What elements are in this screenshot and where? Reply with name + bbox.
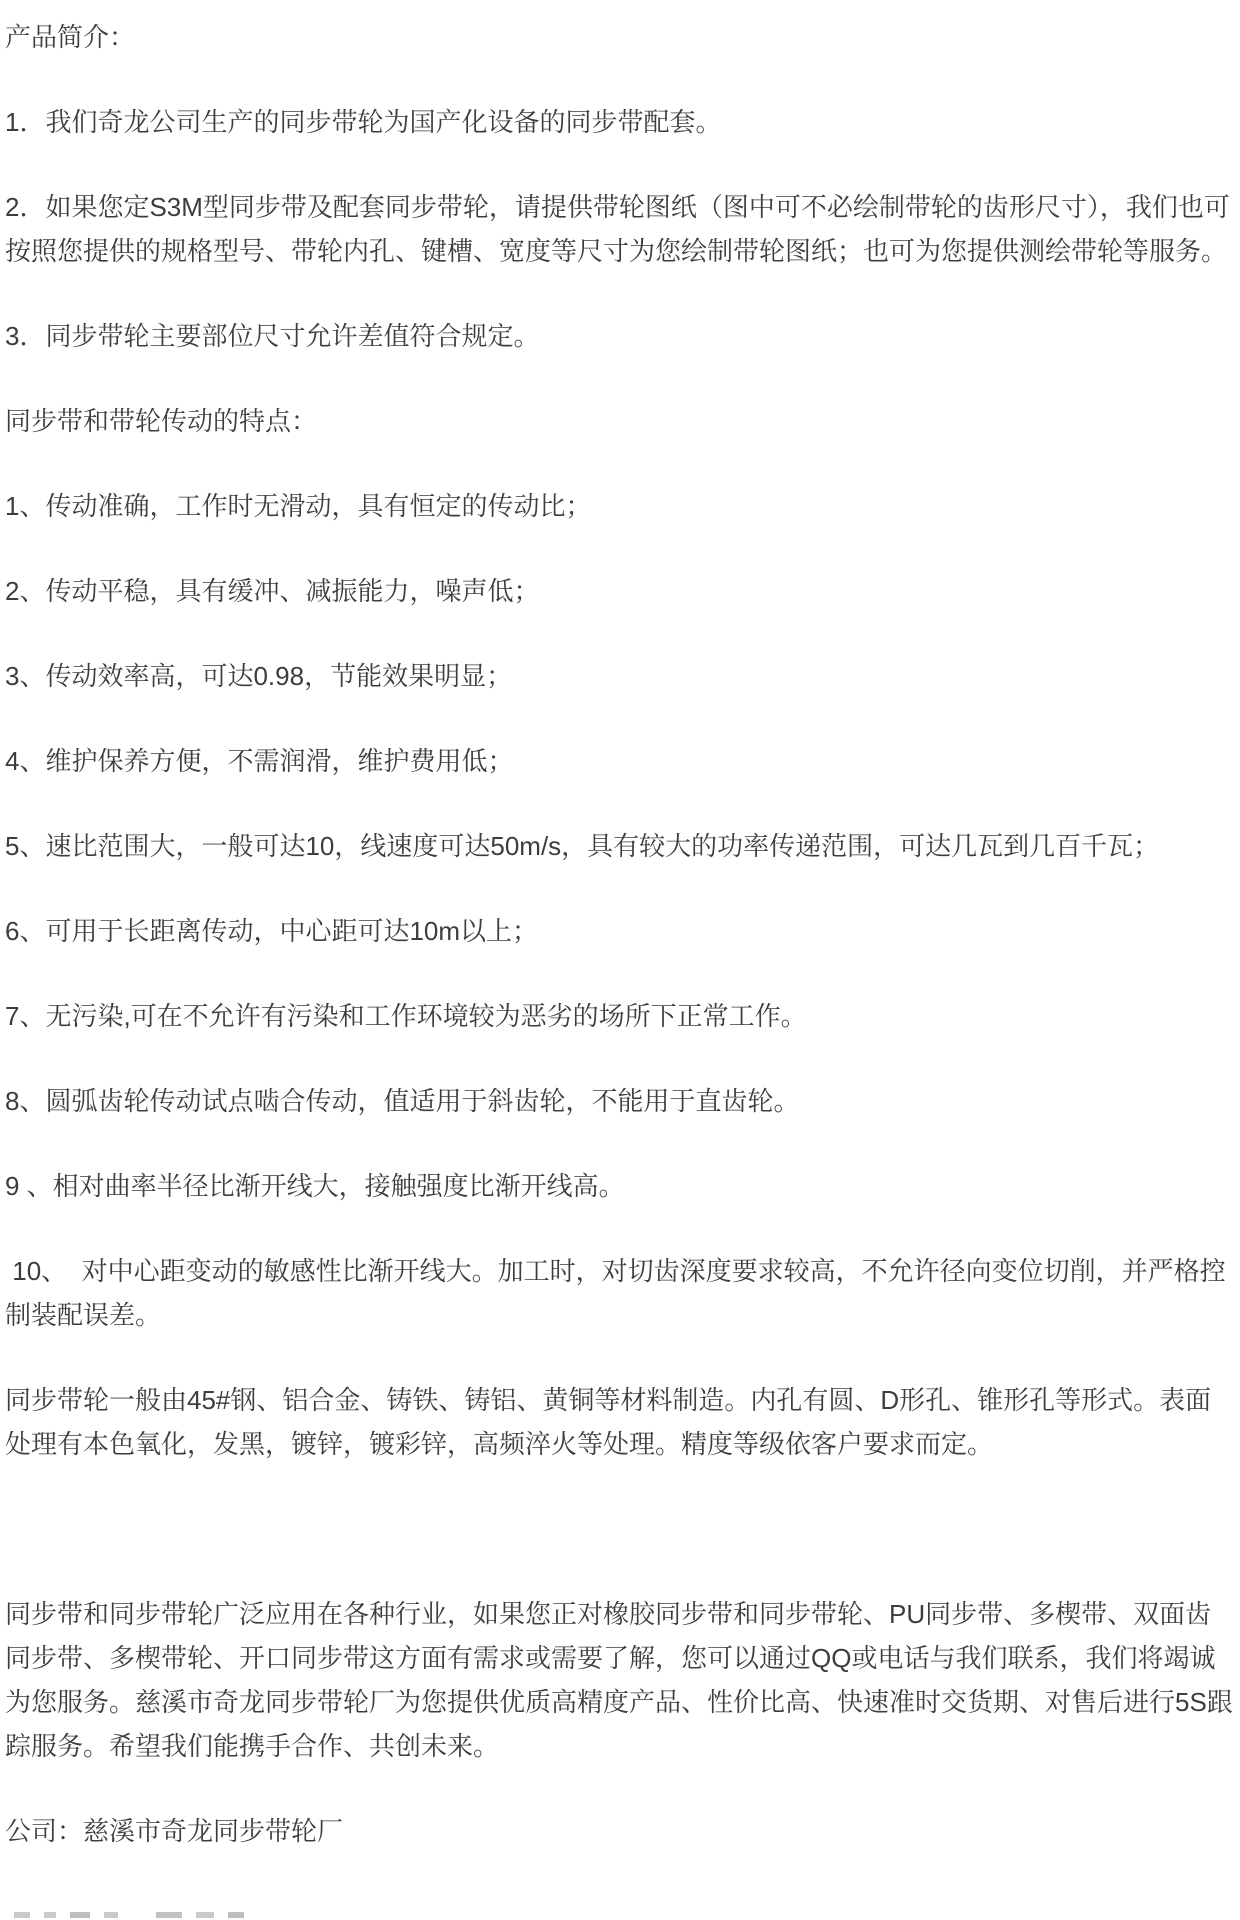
- cropped-glyph-fragment: [156, 1912, 182, 1918]
- cropped-glyph-fragment: [14, 1912, 30, 1918]
- company-line: 公司：慈溪市奇龙同步带轮厂: [5, 1809, 1234, 1853]
- feature-item-5: 5、速比范围大，一般可达10，线速度可达50m/s，具有较大的功率传递范围，可达…: [5, 824, 1234, 868]
- feature-item-7: 7、无污染,可在不允许有污染和工作环境较为恶劣的场所下正常工作。: [5, 994, 1234, 1038]
- feature-item-1: 1、传动准确，工作时无滑动，具有恒定的传动比；: [5, 484, 1234, 528]
- materials-paragraph: 同步带轮一般由45#钢、铝合金、铸铁、铸铝、黄铜等材料制造。内孔有圆、D形孔、锥…: [5, 1378, 1234, 1466]
- feature-item-2: 2、传动平稳，具有缓冲、减振能力，噪声低；: [5, 569, 1234, 613]
- cropped-glyph-fragment: [228, 1912, 244, 1918]
- feature-item-3: 3、传动效率高，可达0.98，节能效果明显；: [5, 654, 1234, 698]
- cropped-bottom-text-line: [14, 1912, 244, 1920]
- feature-item-4: 4、维护保养方便，不需润滑，维护费用低；: [5, 739, 1234, 783]
- intro-point-2: 2．如果您定S3M型同步带及配套同步带轮，请提供带轮图纸（图中可不必绘制带轮的齿…: [5, 185, 1234, 273]
- blank-line-spacer: [5, 1507, 1234, 1551]
- feature-item-8: 8、圆弧齿轮传动试点啮合传动，值适用于斜齿轮，不能用于直齿轮。: [5, 1079, 1234, 1123]
- intro-point-1: 1．我们奇龙公司生产的同步带轮为国产化设备的同步带配套。: [5, 100, 1234, 144]
- cropped-glyph-fragment: [196, 1912, 214, 1918]
- feature-item-10: 10、 对中心距变动的敏感性比渐开线大。加工时，对切齿深度要求较高，不允许径向变…: [5, 1249, 1234, 1337]
- feature-item-9: 9 、相对曲率半径比渐开线大，接触强度比渐开线高。: [5, 1164, 1234, 1208]
- intro-heading: 产品简介：: [5, 15, 1234, 59]
- intro-point-3: 3．同步带轮主要部位尺寸允许差值符合规定。: [5, 314, 1234, 358]
- product-description-page: 产品简介： 1．我们奇龙公司生产的同步带轮为国产化设备的同步带配套。 2．如果您…: [0, 0, 1240, 1853]
- cropped-glyph-fragment: [44, 1912, 56, 1918]
- features-heading: 同步带和带轮传动的特点：: [5, 399, 1234, 443]
- feature-item-6: 6、可用于长距离传动，中心距可达10m以上；: [5, 909, 1234, 953]
- closing-paragraph: 同步带和同步带轮广泛应用在各种行业，如果您正对橡胶同步带和同步带轮、PU同步带、…: [5, 1592, 1234, 1768]
- cropped-glyph-fragment: [104, 1912, 118, 1918]
- cropped-glyph-fragment: [70, 1912, 90, 1918]
